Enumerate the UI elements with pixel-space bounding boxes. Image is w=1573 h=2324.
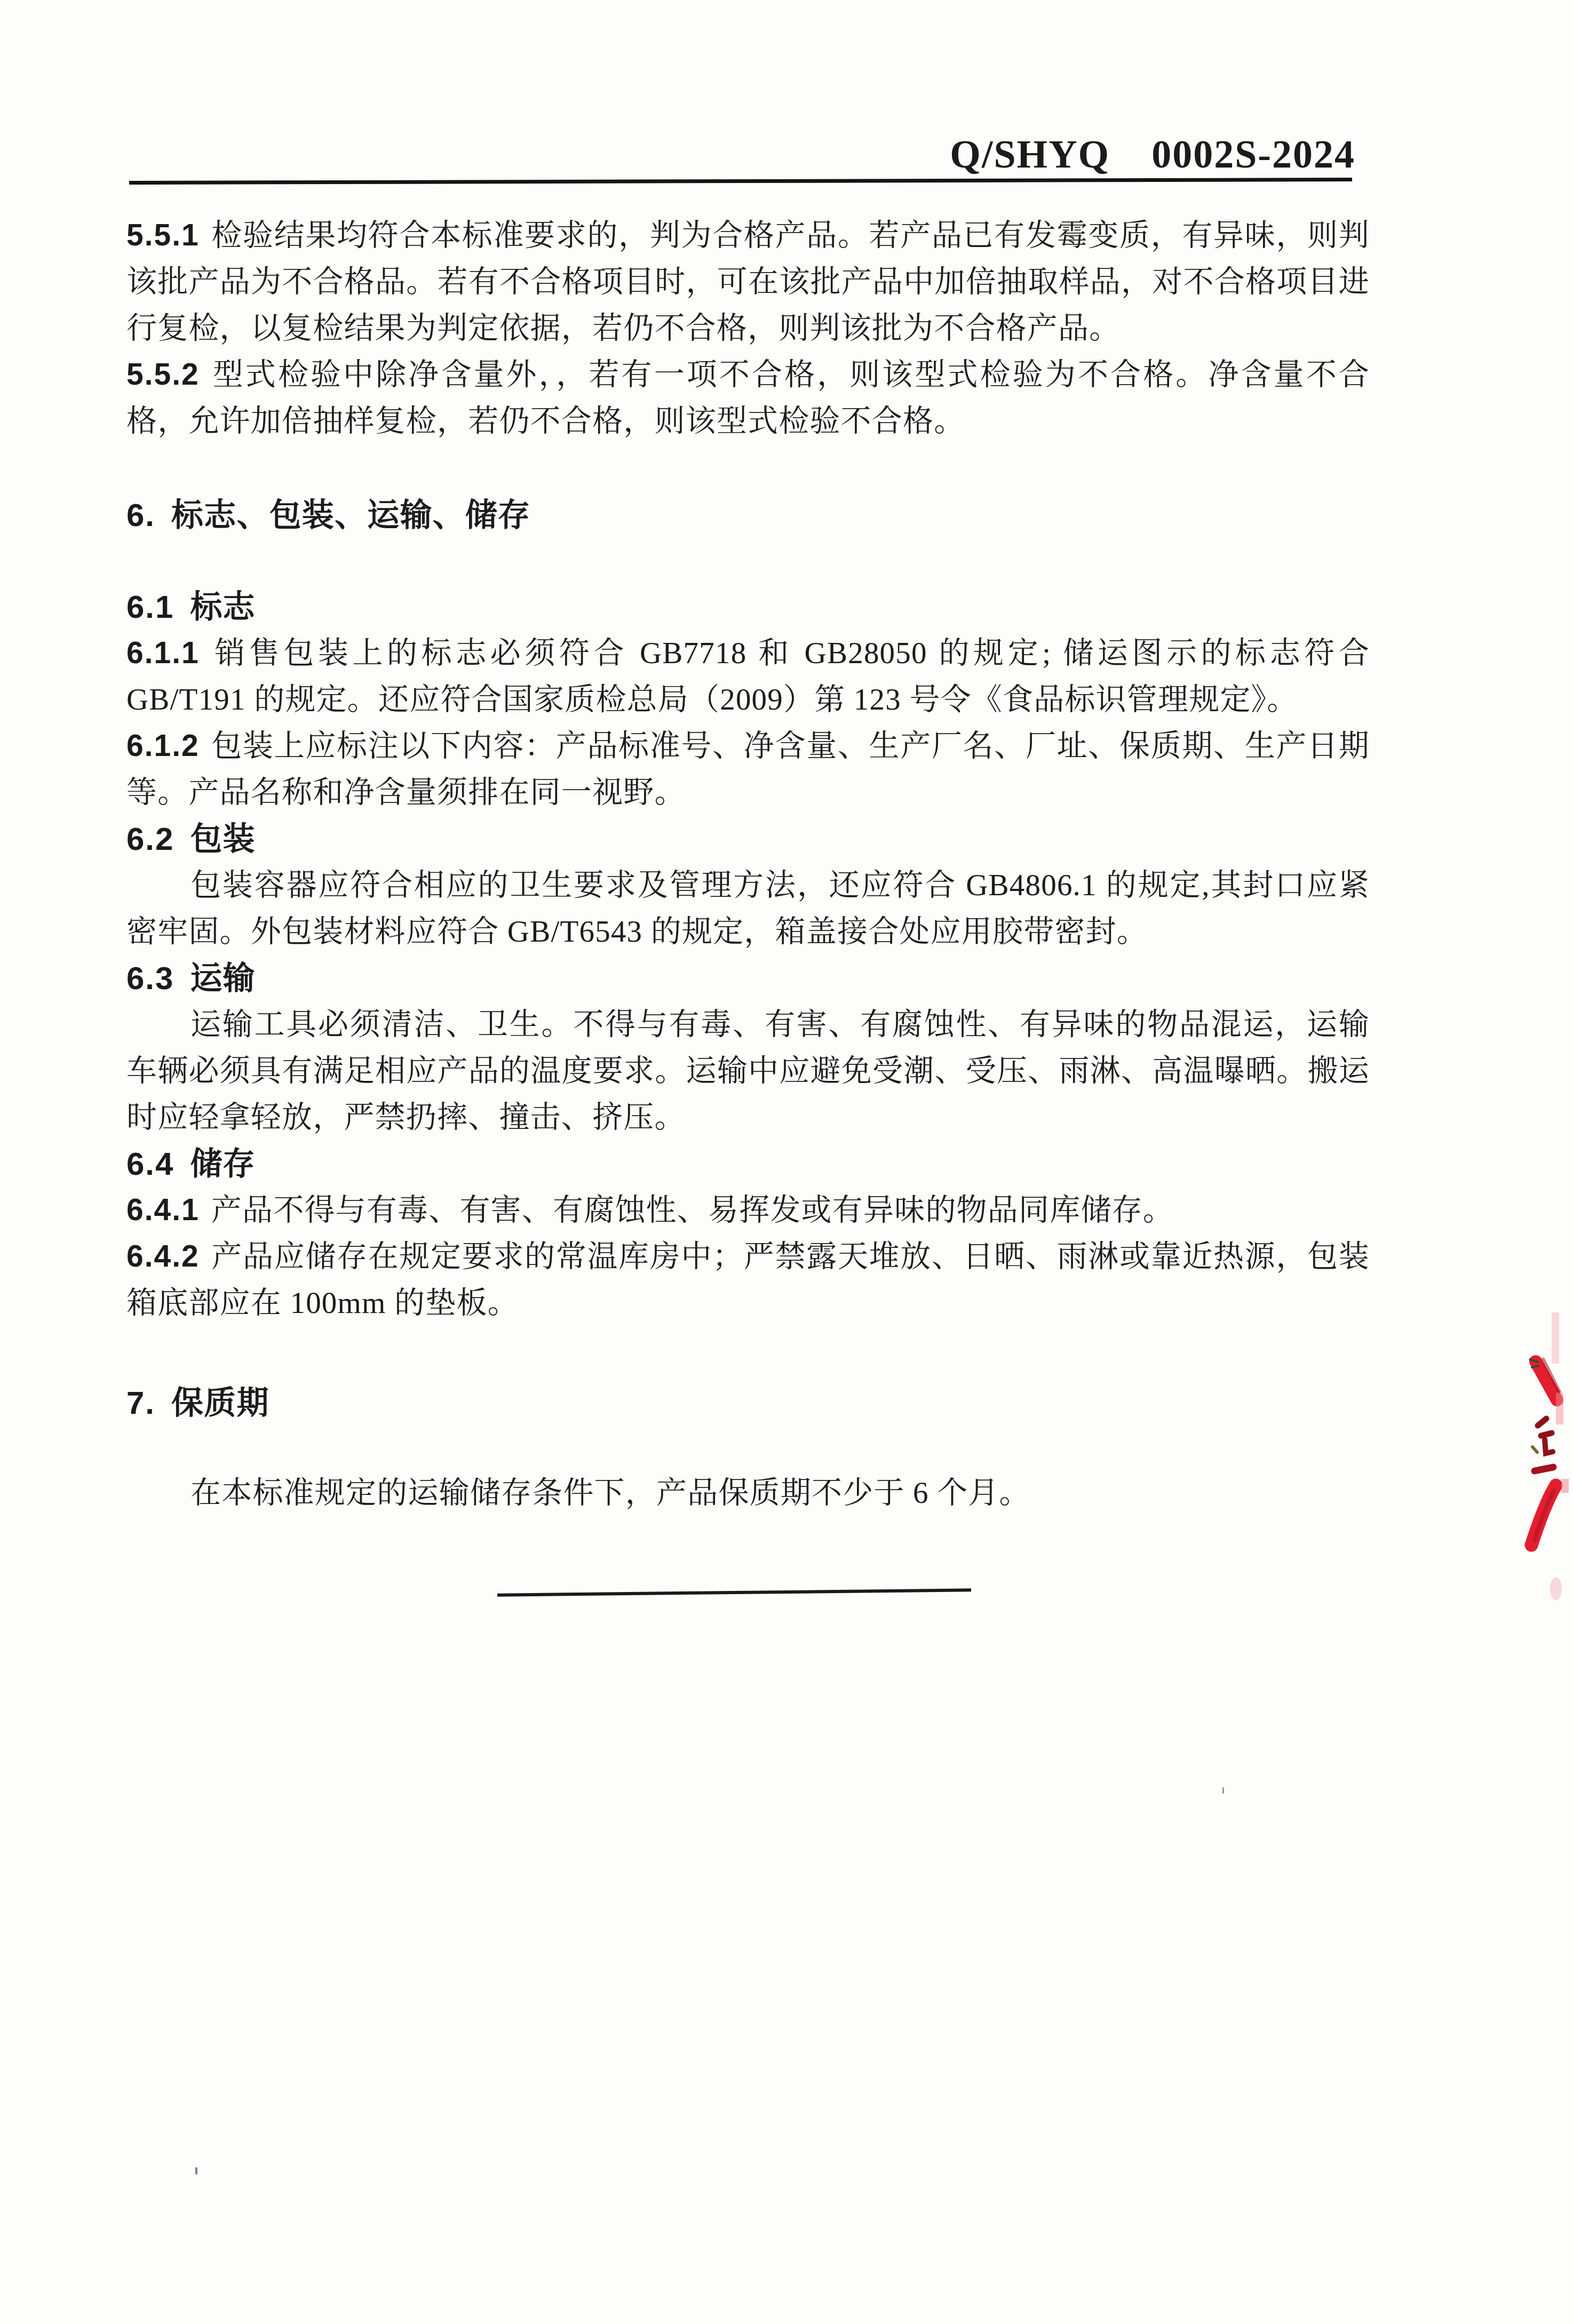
document-page: Q/SHYQ0002S-2024 5.5.1检验结果均符合本标准要求的，判为合格… — [0, 0, 1573, 2324]
heading-text: 保质期 — [171, 1385, 269, 1421]
clause-number: 6.1.1 — [126, 636, 200, 670]
header-rule — [129, 178, 1352, 185]
clause-number: 6.1.2 — [126, 729, 200, 763]
clause-6-1-2: 6.1.2包装上应标注以下内容：产品标准号、净含量、生产厂名、厂址、保质期、生产… — [126, 723, 1370, 816]
clause-number: 6.4.1 — [126, 1193, 200, 1227]
standard-code-number: 0002S-2024 — [1151, 133, 1355, 177]
heading-number: 7. — [126, 1385, 155, 1421]
clause-text: 销售包装上的标志必须符合 GB7718 和 GB28050 的规定; 储运图示的… — [126, 636, 1370, 717]
heading-6-3: 6.3运输 — [126, 955, 1370, 1001]
clause-text: 型式检验中除净含量外，，若有一项不合格，则该型式检验为不合格。净含量不合格，允许… — [126, 358, 1370, 438]
heading-number: 6.1 — [126, 589, 174, 625]
heading-6-4: 6.4储存 — [126, 1141, 1370, 1187]
clause-text: 包装上应标注以下内容：产品标准号、净含量、生产厂名、厂址、保质期、生产日期等。产… — [126, 729, 1370, 809]
clause-number: 5.5.2 — [126, 357, 200, 392]
paragraph-6-2: 包装容器应符合相应的卫生要求及管理方法，还应符合 GB4806.1 的规定,其封… — [126, 862, 1370, 955]
red-ink-marks — [1514, 1312, 1573, 1611]
clause-6-1-1: 6.1.1销售包装上的标志必须符合 GB7718 和 GB28050 的规定; … — [126, 630, 1370, 723]
heading-6: 6.标志、包装、运输、储存 — [126, 492, 1370, 538]
clause-number: 5.5.1 — [126, 218, 200, 252]
clause-6-4-2: 6.4.2产品应储存在规定要求的常温库房中；严禁露天堆放、日晒、雨淋或靠近热源，… — [126, 1233, 1370, 1326]
end-of-text-rule — [497, 1588, 971, 1596]
heading-6-1: 6.1标志 — [126, 584, 1370, 630]
heading-text: 标志、包装、运输、储存 — [171, 497, 530, 533]
heading-number: 6.3 — [126, 960, 174, 996]
heading-7: 7.保质期 — [126, 1380, 1370, 1426]
heading-text: 运输 — [190, 960, 255, 996]
heading-text: 标志 — [190, 589, 255, 625]
document-body: 5.5.1检验结果均符合本标准要求的，判为合格产品。若产品已有发霉变质，有异味，… — [126, 212, 1370, 1516]
heading-number: 6.2 — [126, 821, 174, 857]
paragraph-6-3: 运输工具必须清洁、卫生。不得与有毒、有害、有腐蚀性、有异味的物品混运，运输车辆必… — [126, 1001, 1370, 1141]
heading-number: 6. — [126, 497, 155, 533]
scan-speck — [1222, 1787, 1224, 1794]
standard-code-prefix: Q/SHYQ — [950, 133, 1110, 177]
heading-6-2: 6.2包装 — [126, 816, 1370, 862]
heading-text: 包装 — [190, 821, 255, 857]
clause-text: 产品不得与有毒、有害、有腐蚀性、易挥发或有异味的物品同库储存。 — [211, 1193, 1174, 1227]
page-header: Q/SHYQ0002S-2024 — [0, 132, 1355, 178]
clause-5-5-2: 5.5.2型式检验中除净含量外，，若有一项不合格，则该型式检验为不合格。净含量不… — [126, 352, 1370, 444]
clause-text: 产品应储存在规定要求的常温库房中；严禁露天堆放、日晒、雨淋或靠近热源，包装箱底部… — [126, 1240, 1370, 1320]
heading-text: 储存 — [190, 1146, 255, 1182]
scan-speck — [195, 2167, 197, 2175]
paragraph-7: 在本标准规定的运输储存条件下，产品保质期不少于 6 个月。 — [126, 1470, 1370, 1516]
clause-6-4-1: 6.4.1产品不得与有毒、有害、有腐蚀性、易挥发或有异味的物品同库储存。 — [126, 1187, 1370, 1233]
heading-number: 6.4 — [126, 1146, 174, 1182]
clause-5-5-1: 5.5.1检验结果均符合本标准要求的，判为合格产品。若产品已有发霉变质，有异味，… — [126, 212, 1370, 352]
clause-text: 检验结果均符合本标准要求的，判为合格产品。若产品已有发霉变质，有异味，则判该批产… — [126, 219, 1370, 345]
clause-number: 6.4.2 — [126, 1239, 200, 1274]
